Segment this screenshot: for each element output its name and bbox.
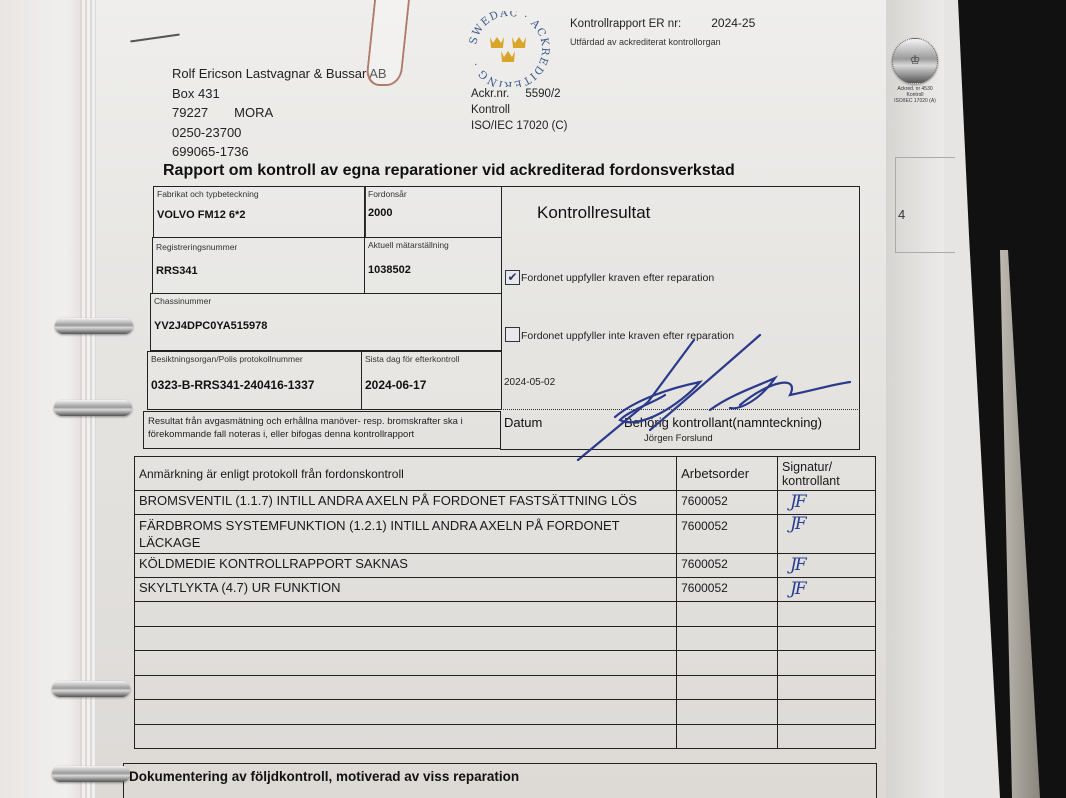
field-registration: Registreringsnummer RRS341: [152, 237, 365, 294]
empty-order-cell: [677, 602, 778, 627]
binder-ring: [54, 400, 132, 416]
accreditation-number: 5590/2: [525, 88, 560, 100]
report-number: 2024-25: [711, 16, 755, 30]
remarks-header-row: Anmärkning är enligt protokoll från ford…: [135, 457, 876, 491]
empty-remark-cell: [135, 700, 677, 725]
company-phone: 0250-23700: [172, 123, 387, 143]
company-address: Rolf Ericson Lastvagnar & Bussar AB Box …: [172, 64, 387, 162]
company-name: Rolf Ericson Lastvagnar & Bussar AB: [172, 64, 387, 84]
signature-cell: JF: [778, 578, 876, 602]
background-accreditation-stamp: ♔ Ackred. nr 4530 Kontroll ISO/IEC 17020…: [885, 38, 945, 104]
binder-ring: [52, 766, 130, 782]
checkmark-icon: ✔: [507, 270, 517, 284]
company-box: Box 431: [172, 84, 387, 104]
field-deadline: Sista dag för efterkontroll 2024-06-17: [361, 351, 502, 410]
work-order: 7600052: [677, 554, 778, 578]
remarks-row: KÖLDMEDIE KONTROLLRAPPORT SAKNAS7600052J…: [135, 554, 876, 578]
header-work-order: Arbetsorder: [677, 457, 778, 491]
signature-cell: JF: [778, 515, 876, 554]
report-number-label: Kontrollrapport ER nr:: [570, 18, 681, 30]
empty-remark-cell: [135, 724, 677, 749]
remark-text: FÄRDBROMS SYSTEMFUNKTION (1.2.1) INTILL …: [135, 515, 677, 554]
work-order: 7600052: [677, 515, 778, 554]
background-box-number: 4: [898, 207, 905, 222]
field-make-model: Fabrikat och typbeteckning VOLVO FM12 6*…: [153, 186, 366, 238]
work-order: 7600052: [677, 578, 778, 602]
empty-order-cell: [677, 700, 778, 725]
page-title: Rapport om kontroll av egna reparationer…: [163, 162, 735, 180]
checkbox-meets-requirements[interactable]: ✔: [505, 270, 520, 285]
background-page-right-visible: [884, 0, 944, 798]
empty-remark-cell: [135, 651, 677, 676]
city: MORA: [234, 105, 273, 120]
checkbox-fails-requirements[interactable]: [505, 327, 520, 342]
field-chassis: Chassinummer YV2J4DPC0YA515978: [150, 293, 502, 351]
remarks-table: Anmärkning är enligt protokoll från ford…: [134, 456, 876, 749]
empty-remark-cell: [135, 675, 677, 700]
field-model-year: Fordonsår 2000: [364, 186, 502, 238]
three-crowns-icon: [490, 37, 526, 62]
company-city-line: 79227MORA: [172, 103, 387, 123]
empty-signature-cell: [778, 700, 876, 725]
inspection-date: 2024-05-02: [504, 377, 555, 388]
binder-ring: [52, 681, 130, 697]
swedac-logo-icon: SWEDAC · ACKREDITERING ·: [466, 11, 552, 87]
remarks-empty-row: [135, 626, 876, 651]
empty-remark-cell: [135, 602, 677, 627]
background-swedac-logo-icon: ♔: [892, 38, 938, 84]
remarks-empty-row: [135, 724, 876, 749]
binder-edge: [1000, 250, 1040, 798]
result-title: Kontrollresultat: [537, 203, 650, 223]
remarks-row: FÄRDBROMS SYSTEMFUNKTION (1.2.1) INTILL …: [135, 515, 876, 554]
empty-signature-cell: [778, 602, 876, 627]
option-fails-requirements-label: Fordonet uppfyller inte kraven efter rep…: [521, 330, 734, 342]
handwritten-initials: JF: [790, 492, 805, 512]
signature-label: Behörig kontrollant(namnteckning): [624, 415, 822, 430]
empty-order-cell: [677, 724, 778, 749]
remark-text: SKYLTLYKTA (4.7) UR FUNKTION: [135, 578, 677, 602]
followup-section: Dokumentering av följdkontroll, motivera…: [123, 763, 877, 798]
background-form-box: [895, 157, 955, 253]
date-label: Datum: [504, 415, 542, 430]
empty-order-cell: [677, 651, 778, 676]
signature-cell: JF: [778, 554, 876, 578]
svg-text:SWEDAC · ACKREDITERING ·: SWEDAC · ACKREDITERING ·: [467, 11, 551, 87]
signature-line: [500, 409, 860, 410]
issued-by: Utfärdad av ackrediterat kontrollorgan: [570, 37, 721, 47]
remarks-row: BROMSVENTIL (1.1.7) INTILL ANDRA AXELN P…: [135, 491, 876, 515]
remark-text: KÖLDMEDIE KONTROLLRAPPORT SAKNAS: [135, 554, 677, 578]
empty-remark-cell: [135, 626, 677, 651]
empty-order-cell: [677, 626, 778, 651]
handwritten-initials: JF: [790, 555, 805, 575]
company-org-number: 699065-1736: [172, 142, 387, 162]
remarks-empty-row: [135, 602, 876, 627]
followup-title: Dokumentering av följdkontroll, motivera…: [129, 769, 519, 784]
postal-code: 79227: [172, 105, 208, 120]
accreditation-type: Kontroll: [471, 102, 568, 118]
binder-ring: [55, 318, 133, 334]
measurement-note: Resultat från avgasmätning och erhållna …: [143, 411, 501, 449]
result-panel: [500, 186, 860, 450]
empty-signature-cell: [778, 724, 876, 749]
handwritten-initials: JF: [790, 579, 805, 599]
work-order: 7600052: [677, 491, 778, 515]
empty-signature-cell: [778, 675, 876, 700]
empty-signature-cell: [778, 651, 876, 676]
empty-order-cell: [677, 675, 778, 700]
header-signature: Signatur/ kontrollant: [778, 457, 876, 491]
handwritten-initials: JF: [790, 516, 805, 533]
signature-cell: JF: [778, 491, 876, 515]
remarks-empty-row: [135, 651, 876, 676]
header-remark: Anmärkning är enligt protokoll från ford…: [135, 457, 677, 491]
remarks-empty-row: [135, 700, 876, 725]
empty-signature-cell: [778, 626, 876, 651]
inspector-name: Jörgen Forslund: [644, 433, 713, 444]
accreditation-info: Ackr.nr.5590/2 Kontroll ISO/IEC 17020 (C…: [471, 86, 568, 134]
accreditation-standard: ISO/IEC 17020 (C): [471, 118, 568, 134]
option-meets-requirements-label: Fordonet uppfyller kraven efter reparati…: [521, 272, 714, 284]
remark-text: BROMSVENTIL (1.1.7) INTILL ANDRA AXELN P…: [135, 491, 677, 515]
accreditation-label: Ackr.nr.: [471, 88, 509, 100]
field-protocol-number: Besiktningsorgan/Polis protokollnummer 0…: [147, 351, 362, 410]
report-number-line: Kontrollrapport ER nr:2024-25: [570, 16, 755, 30]
remarks-empty-row: [135, 675, 876, 700]
field-odometer: Aktuell mätarställning 1038502: [364, 237, 502, 294]
remarks-row: SKYLTLYKTA (4.7) UR FUNKTION7600052JF: [135, 578, 876, 602]
